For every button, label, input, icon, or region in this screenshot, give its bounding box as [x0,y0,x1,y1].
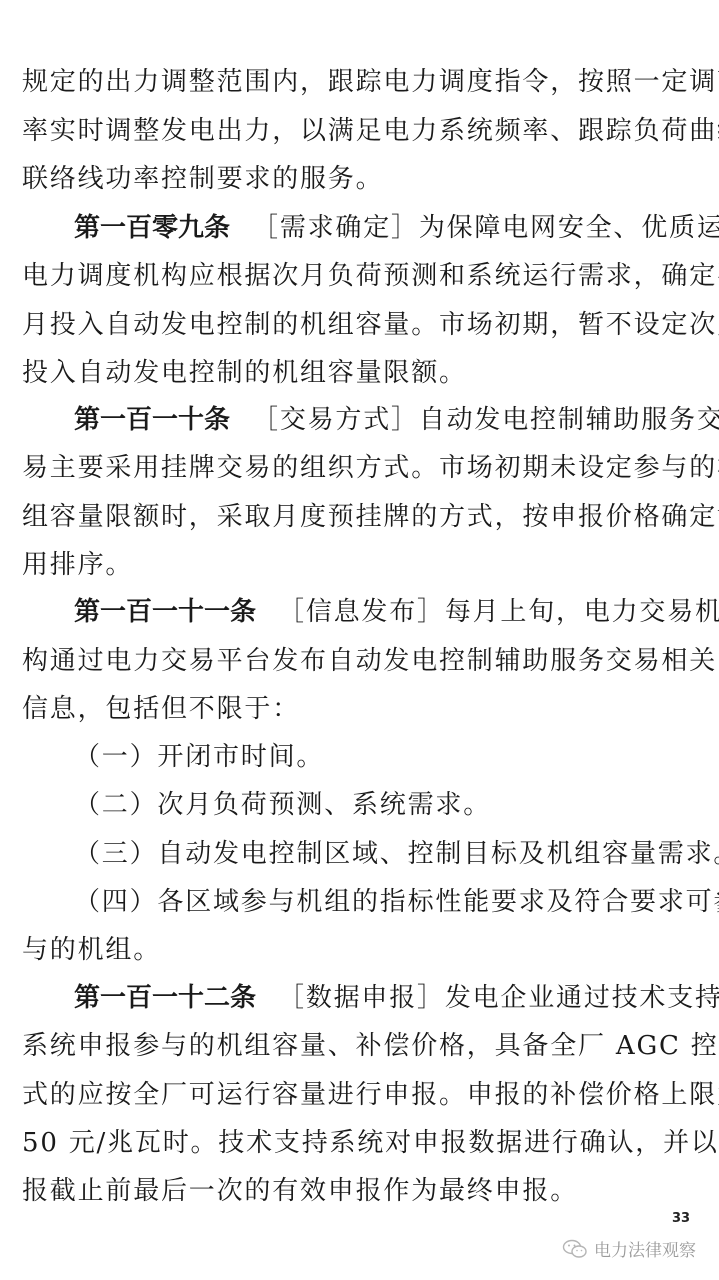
document-page: 规定的出力调整范围内，跟踪电力调度指令，按照一定调节速 率实时调整发电出力，以满… [0,0,719,1280]
line-text: ［需求确定］为保障电网安全、优质运行， [252,213,719,243]
line-text: 50 元/兆瓦时。技术支持系统对申报数据进行确认，并以申 [22,1128,719,1158]
article-heading-line: 第一百零九条［需求确定］为保障电网安全、优质运行， [74,212,694,244]
article-number: 第一百一十二条 [74,983,256,1013]
line-text: （三）自动发电控制区域、控制目标及机组容量需求。 [74,839,719,869]
line-text: 率实时调整发电出力，以满足电力系统频率、跟踪负荷曲线及 [22,116,719,146]
line-text: 投入自动发电控制的机组容量限额。 [22,358,467,388]
line-text: 组容量限额时，采取月度预挂牌的方式，按申报价格确定调 [22,502,719,532]
list-item: （三）自动发电控制区域、控制目标及机组容量需求。 [74,838,694,870]
line-text: 月投入自动发电控制的机组容量。市场初期，暂不设定次月 [22,310,719,340]
watermark-text: 电力法律观察 [594,1236,696,1261]
line-text: 式的应按全厂可运行容量进行申报。申报的补偿价格上限为 [22,1080,719,1110]
line-text: ［数据申报］发电企业通过技术支持 [278,983,719,1013]
line-text: ［交易方式］自动发电控制辅助服务交 [252,405,719,435]
paragraph-line: 组容量限额时，采取月度预挂牌的方式，按申报价格确定调 [22,501,694,533]
article-number: 第一百零九条 [74,213,230,243]
paragraph-line: 报截止前最后一次的有效申报作为最终申报。 [22,1175,694,1207]
line-text: 系统申报参与的机组容量、补偿价格，具备全厂 AGC 控制模 [22,1031,719,1061]
paragraph-line: 式的应按全厂可运行容量进行申报。申报的补偿价格上限为 [22,1079,694,1111]
line-text: 构通过电力交易平台发布自动发电控制辅助服务交易相关 [22,646,717,676]
list-item: （一）开闭市时间。 [74,741,694,773]
line-text: 联络线功率控制要求的服务。 [22,164,383,194]
paragraph-line: 信息，包括但不限于： [22,693,694,725]
paragraph-line: 与的机组。 [22,934,694,966]
list-item: （二）次月负荷预测、系统需求。 [74,789,694,821]
page-number: 33 [672,1211,690,1226]
line-text: （一）开闭市时间。 [74,742,324,772]
article-heading-line: 第一百一十一条［信息发布］每月上旬，电力交易机 [74,596,694,628]
paragraph-line: 构通过电力交易平台发布自动发电控制辅助服务交易相关 [22,645,694,677]
line-text: （四）各区域参与机组的指标性能要求及符合要求可参 [74,887,719,917]
paragraph-line: 系统申报参与的机组容量、补偿价格，具备全厂 AGC 控制模 [22,1030,694,1062]
paragraph-line: 率实时调整发电出力，以满足电力系统频率、跟踪负荷曲线及 [22,115,694,147]
paragraph-line: 50 元/兆瓦时。技术支持系统对申报数据进行确认，并以申 [22,1127,694,1159]
watermark: 电力法律观察 [562,1236,696,1261]
line-text: 电力调度机构应根据次月负荷预测和系统运行需求，确定次 [22,261,719,291]
line-text: 规定的出力调整范围内，跟踪电力调度指令，按照一定调节速 [22,67,719,97]
article-heading-line: 第一百一十二条［数据申报］发电企业通过技术支持 [74,982,694,1014]
line-text: 易主要采用挂牌交易的组织方式。市场初期未设定参与的机 [22,453,719,483]
article-heading-line: 第一百一十条［交易方式］自动发电控制辅助服务交 [74,404,694,436]
paragraph-line: 月投入自动发电控制的机组容量。市场初期，暂不设定次月 [22,309,694,341]
line-text: 报截止前最后一次的有效申报作为最终申报。 [22,1176,578,1206]
paragraph-line: 规定的出力调整范围内，跟踪电力调度指令，按照一定调节速 [22,66,694,98]
article-number: 第一百一十条 [74,405,230,435]
line-text: ［信息发布］每月上旬，电力交易机 [278,597,719,627]
line-text: 与的机组。 [22,935,161,965]
article-number: 第一百一十一条 [74,597,256,627]
list-item: （四）各区域参与机组的指标性能要求及符合要求可参 [74,886,694,918]
line-text: 信息，包括但不限于： [22,694,300,724]
paragraph-line: 易主要采用挂牌交易的组织方式。市场初期未设定参与的机 [22,452,694,484]
paragraph-line: 电力调度机构应根据次月负荷预测和系统运行需求，确定次 [22,260,694,292]
line-text: （二）次月负荷预测、系统需求。 [74,790,491,820]
paragraph-line: 联络线功率控制要求的服务。 [22,163,694,195]
paragraph-line: 用排序。 [22,549,694,581]
wechat-icon [562,1239,588,1259]
paragraph-line: 投入自动发电控制的机组容量限额。 [22,357,694,389]
line-text: 用排序。 [22,550,133,580]
